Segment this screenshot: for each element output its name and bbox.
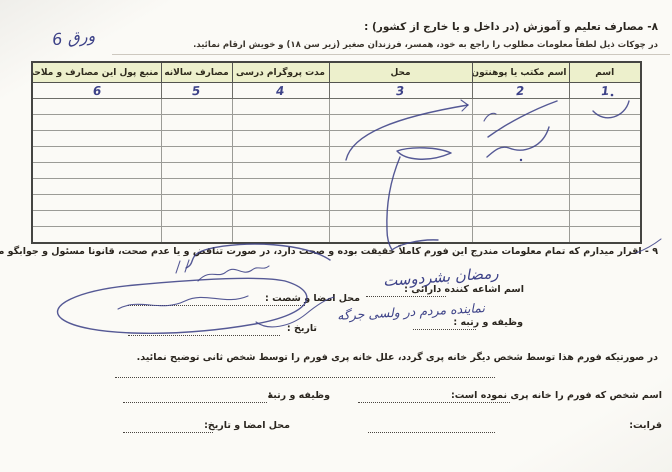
table-cell-number: 3 [329, 83, 472, 99]
column-header-school: اسم مکتب یا پوهنتون [472, 62, 569, 83]
table-row [32, 163, 641, 179]
table-cell-empty [329, 131, 472, 147]
table-cell-empty [232, 99, 329, 115]
table-cell-empty [32, 147, 161, 163]
table-cell-empty [472, 227, 569, 244]
table-cell-empty [32, 163, 161, 179]
table-header-row: اسم اسم مکتب یا پوهنتون محل مدت پروگرام … [32, 62, 641, 83]
table-cell-empty [329, 179, 472, 195]
table-cell-empty [232, 163, 329, 179]
filler-job-dotted-line [123, 392, 267, 403]
table-cell-empty [472, 179, 569, 195]
table-cell-empty [472, 147, 569, 163]
table-cell-empty [32, 115, 161, 131]
table-row [32, 227, 641, 244]
table-row [32, 211, 641, 227]
table-cell-empty [32, 211, 161, 227]
education-expenses-table: اسم اسم مکتب یا پوهنتون محل مدت پروگرام … [33, 61, 642, 244]
table-row [32, 179, 641, 195]
table-cell-empty [569, 115, 641, 131]
scan-artifact-line [112, 54, 670, 55]
table-row [32, 99, 641, 115]
filler-job-label: وظیفه و رتبه [267, 390, 330, 401]
column-header-name: اسم [569, 62, 641, 83]
table-cell-empty [32, 179, 161, 195]
table-row [32, 131, 641, 147]
table-cell-empty [32, 99, 161, 115]
signature-dotted-line [128, 295, 305, 306]
table-cell-empty [232, 147, 329, 163]
table-cell-empty [472, 131, 569, 147]
signature-date-dotted-line [123, 422, 213, 433]
table-cell-empty [329, 99, 472, 115]
section9-declaration: ۹ - اقرار میدارم که تمام معلومات مندرج ا… [0, 246, 658, 257]
section8-title: ۸- مصارف تعلیم و آموزش (در داخل و یا خار… [364, 21, 658, 33]
table-cell-empty [472, 99, 569, 115]
table-cell-empty [32, 131, 161, 147]
table-cell-empty [329, 163, 472, 179]
table-cell-empty [161, 99, 232, 115]
date-label: تاریخ : [287, 323, 317, 334]
table-cell-empty [472, 115, 569, 131]
filler-name-dotted-line [358, 392, 510, 403]
column-header-annual-expenses: مصارف سالانه [161, 62, 232, 83]
table-cell-empty [569, 131, 641, 147]
table-cell-number: 2 [472, 83, 569, 99]
table-cell-empty [161, 195, 232, 211]
filler-job-colon: : [268, 390, 272, 401]
column-header-money-source: منبع پول این مصارف و ملاحظات [32, 62, 161, 83]
table-cell-empty [569, 179, 641, 195]
table-cell-empty [161, 147, 232, 163]
table-row [32, 195, 641, 211]
column-header-location: محل [329, 62, 472, 83]
table-cell-empty [161, 179, 232, 195]
table-cell-empty [472, 195, 569, 211]
table-cell-empty [161, 163, 232, 179]
table-cell-empty [329, 227, 472, 244]
table-cell-empty [569, 211, 641, 227]
table-cell-empty [569, 163, 641, 179]
job-rank-dotted-line [413, 319, 476, 330]
table-cell-empty [472, 163, 569, 179]
second-person-note: در صورتیکه فورم هذا توسط شخص دیگر خانه پ… [137, 352, 658, 363]
table-cell-empty [232, 227, 329, 244]
table-cell-empty [329, 195, 472, 211]
relation-dotted-line [368, 422, 495, 433]
table-cell-empty [569, 99, 641, 115]
table-cell-number: 5 [161, 83, 232, 99]
second-person-dotted-line [115, 367, 495, 378]
relation-label: قرابت: [629, 420, 662, 431]
table-cell-empty [329, 115, 472, 131]
signature-date-label: محل امضا و تاریخ: [204, 420, 290, 431]
table-cell-empty [161, 211, 232, 227]
table-cell-empty [232, 211, 329, 227]
section8-subtitle: در چوکات ذیل لطفاً معلومات مطلوب را راجع… [193, 40, 658, 50]
table-cell-number: 6 [32, 83, 161, 99]
table-cell-number: 1 [569, 83, 641, 99]
date-dotted-line [128, 325, 280, 336]
table-cell-empty [232, 195, 329, 211]
table-cell-empty [161, 131, 232, 147]
signature-scribble [58, 244, 334, 333]
table-row [32, 147, 641, 163]
table-cell-empty [232, 179, 329, 195]
table-cell-empty [232, 115, 329, 131]
table-cell-empty [161, 227, 232, 244]
column-header-program-duration: مدت پروگرام درسی [232, 62, 329, 83]
scanned-form-page: { "page": { "sheet_note": "ورق 6" }, "co… [0, 0, 672, 472]
table-cell-empty [32, 227, 161, 244]
table-cell-number: 4 [232, 83, 329, 99]
table-cell-empty [569, 195, 641, 211]
table-cell-empty [232, 131, 329, 147]
table-cell-empty [569, 147, 641, 163]
table-cell-empty [161, 115, 232, 131]
table-cell-empty [472, 211, 569, 227]
table-cell-empty [32, 195, 161, 211]
expense-table-empty-rows [32, 99, 641, 244]
table-cell-empty [569, 227, 641, 244]
column-numbers-row: 1 2 3 4 5 6 [32, 83, 641, 99]
table-row [32, 115, 641, 131]
sheet-number-handwriting: ورق 6 [51, 26, 96, 49]
table-cell-empty [329, 211, 472, 227]
table-cell-empty [329, 147, 472, 163]
